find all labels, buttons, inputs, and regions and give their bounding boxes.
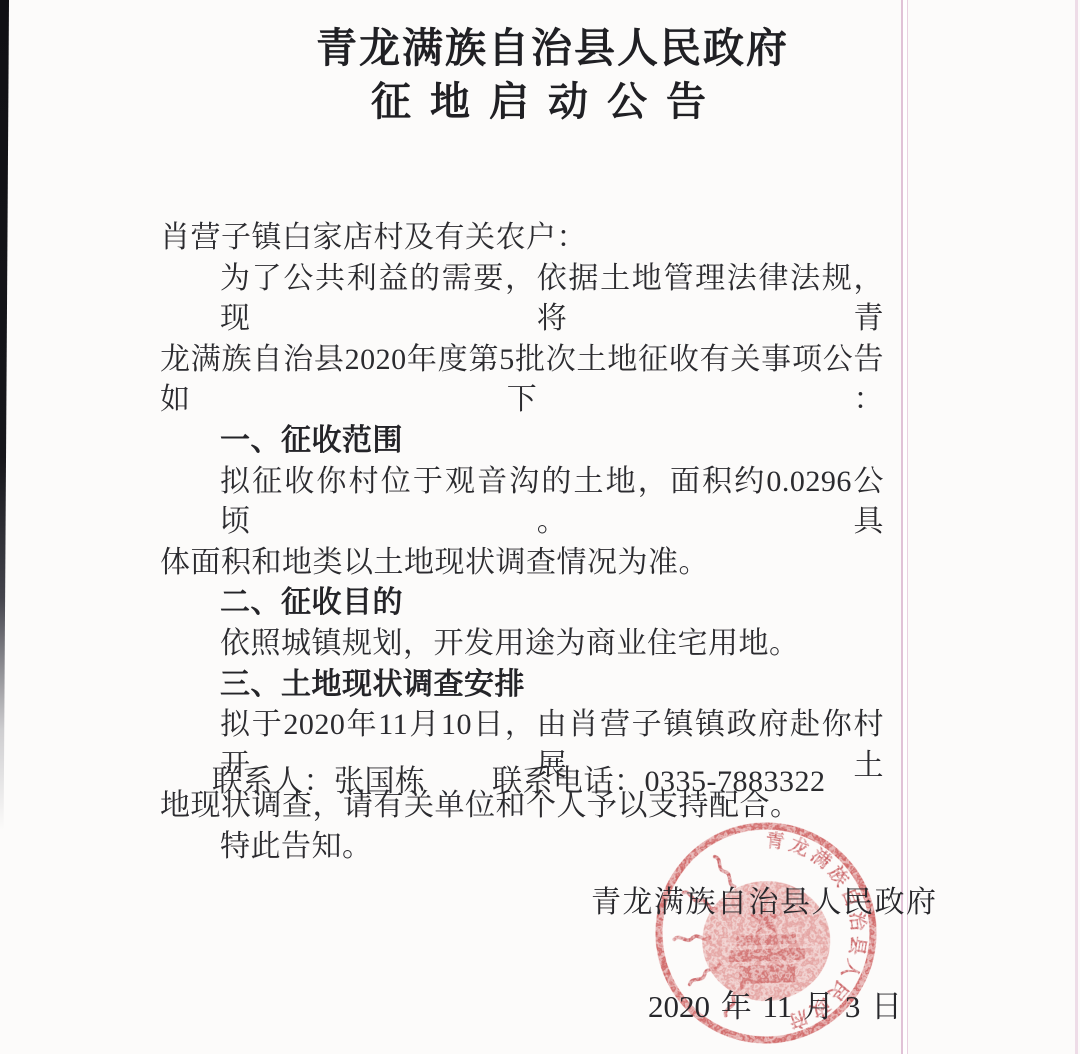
contact-phone-label: 联系电话： xyxy=(492,765,645,798)
scanned-announcement-page: 青龙满族自治县人民政府 征地启动公告 肖营子镇白家店村及有关农户： 为了公共利益… xyxy=(0,0,1080,1054)
announcement-subtitle: 征地启动公告 xyxy=(16,78,1080,126)
scan-edge-shadow-left xyxy=(0,0,9,830)
contact-phone: 联系电话：0335-7883322 xyxy=(492,756,826,800)
section-heading-3: 三、土地现状调查安排 xyxy=(160,665,884,706)
contact-person: 联系人：张国栋 xyxy=(212,756,426,800)
body-line: 拟征收你村位于观音沟的土地，面积约0.0296公顷。具 xyxy=(160,462,884,543)
section-heading-2: 二、征收目的 xyxy=(160,583,884,624)
contact-phone-number: 0335-7883322 xyxy=(645,765,826,798)
body-line: 为了公共利益的需要，依据土地管理法律法规，现将青 xyxy=(160,259,884,340)
scan-edge-line-far-right xyxy=(1075,0,1078,1054)
salutation: 肖营子镇白家店村及有关农户： xyxy=(160,218,884,259)
document-title: 青龙满族自治县人民政府 xyxy=(25,24,1080,72)
section-heading-1: 一、征收范围 xyxy=(160,421,884,462)
contact-person-name: 张国栋 xyxy=(334,765,426,798)
issue-date: 2020 年 11 月 3 日 xyxy=(648,981,902,1026)
contact-person-label: 联系人： xyxy=(212,765,334,798)
issuer-signature: 青龙满族自治县人民政府 xyxy=(591,877,938,921)
body-line: 依照城镇规划，开发用途为商业住宅用地。 xyxy=(160,624,884,665)
body-line: 体面积和地类以土地现状调查情况为准。 xyxy=(160,543,884,584)
body-line: 龙满族自治县2020年度第5批次土地征收有关事项公告如下： xyxy=(160,340,884,421)
